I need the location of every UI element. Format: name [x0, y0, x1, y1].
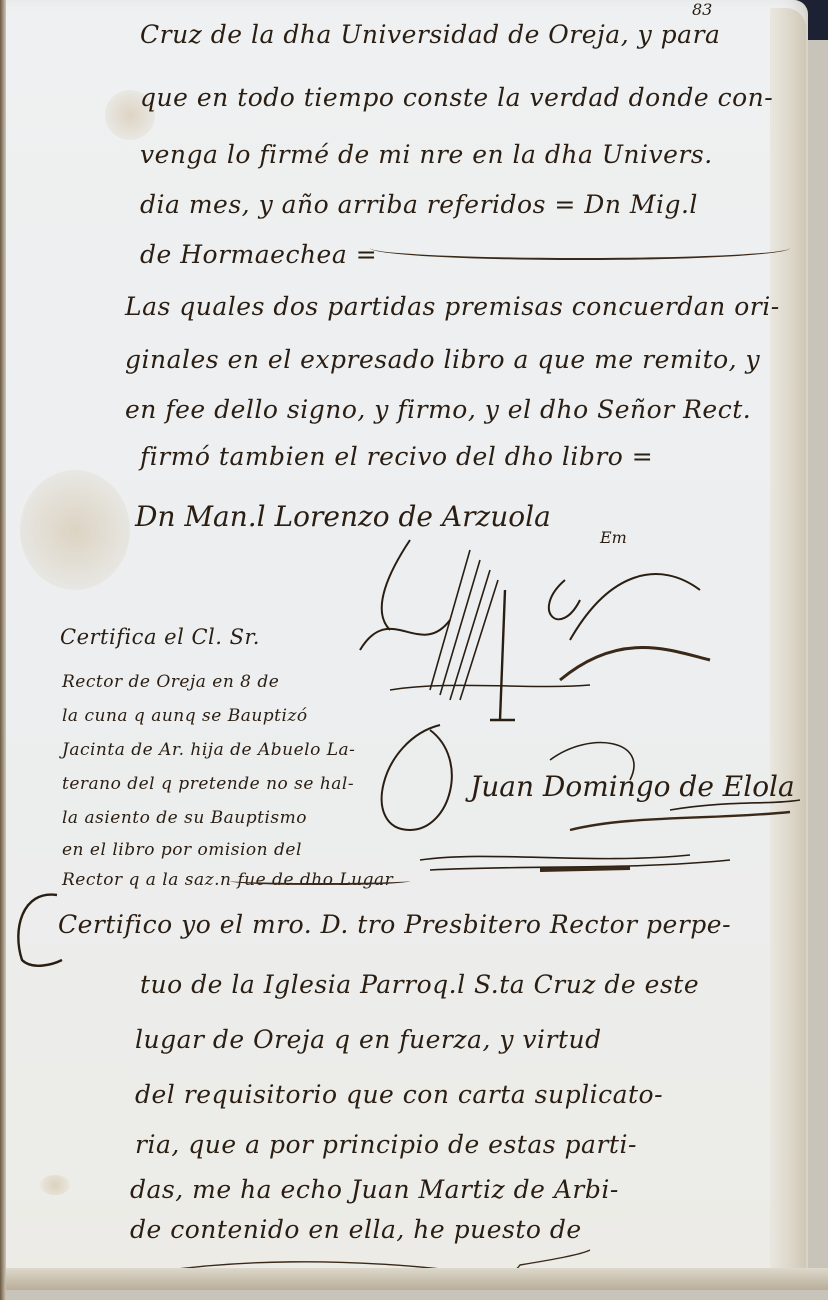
page-edge — [770, 8, 806, 1290]
text-line: venga lo firmé de mi nre en la dha Unive… — [140, 140, 713, 169]
text-line: en fee dello signo, y firmo, y el dho Se… — [125, 395, 751, 424]
binding-edge — [0, 0, 6, 1300]
text-line: tuo de la Iglesia Parroq.l S.ta Cruz de … — [140, 970, 699, 999]
page-bottom-edge — [0, 1268, 828, 1290]
text-line: de contenido en ella, he puesto de — [130, 1215, 582, 1244]
paper-stain — [40, 1175, 70, 1195]
text-line: firmó tambien el recivo del dho libro = — [140, 442, 653, 471]
text-line: das, me ha echo Juan Martiz de Arbi- — [130, 1175, 619, 1204]
signature-flourish-icon — [330, 530, 750, 730]
margin-note-line: la asiento de su Bauptismo — [62, 808, 307, 828]
text-line: Cruz de la dha Universidad de Oreja, y p… — [140, 20, 720, 49]
folio-number: 83 — [692, 0, 712, 19]
margin-note-line: Certifica el Cl. Sr. — [60, 625, 260, 649]
paper-stain — [20, 470, 130, 590]
text-line: del requisitorio que con carta suplicato… — [135, 1080, 663, 1109]
line-filler-flourish — [370, 236, 790, 260]
text-line: de Hormaechea = — [140, 240, 377, 269]
manuscript-page: 83 Cruz de la dha Universidad de Oreja, … — [0, 0, 808, 1290]
margin-note-line: Jacinta de Ar. hija de Abuelo La- — [62, 740, 355, 760]
margin-note-line: en el libro por omision del — [62, 840, 302, 860]
text-line: que en todo tiempo conste la verdad dond… — [140, 83, 773, 112]
text-line: lugar de Oreja q en fuerza, y virtud — [135, 1025, 602, 1054]
text-line: ria, que a por principio de estas parti- — [135, 1130, 637, 1159]
signature-flourish-icon — [370, 720, 810, 890]
text-line: ginales en el expresado libro a que me r… — [125, 345, 760, 374]
text-line: Certifico yo el mro. D. tro Presbitero R… — [58, 910, 731, 939]
margin-note-line: Rector de Oreja en 8 de — [62, 672, 279, 692]
signature-first: Dn Man.l Lorenzo de Arzuola — [135, 500, 551, 533]
text-line: dia mes, y año arriba referidos = Dn Mig… — [140, 190, 698, 219]
margin-note-line: terano del q pretende no se hal- — [62, 774, 354, 794]
margin-note-line: la cuna q aunq se Bauptizó — [62, 706, 308, 726]
text-line: Las quales dos partidas premisas concuer… — [125, 292, 780, 321]
